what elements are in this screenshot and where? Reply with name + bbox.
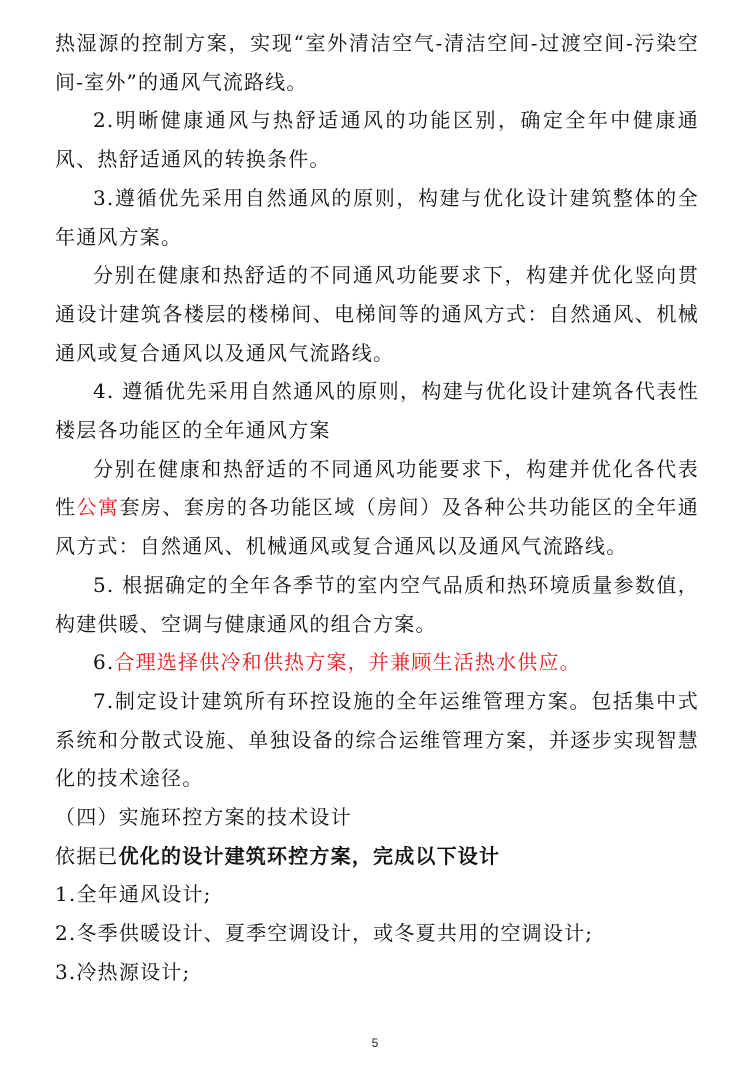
document-page: 热湿源的控制方案，实现“室外清洁空气-清洁空间-过渡空间-污染空间-室外”的通风… (55, 24, 699, 992)
section-heading: （四）实施环控方案的技术设计 (55, 798, 699, 837)
list-item-3: 3.冷热源设计; (55, 953, 699, 992)
text-segment: 依据已 (55, 844, 119, 868)
paragraph-item-5: 5. 根据确定的全年各季节的室内空气品质和热环境质量参数值，构建供暖、空调与健康… (55, 566, 699, 643)
highlighted-text: 合理选择供冷和供热方案，并兼顾生活热水供应。 (114, 650, 580, 674)
paragraph-item-3: 3.遵循优先采用自然通风的原则，构建与优化设计建筑整体的全年通风方案。 (55, 179, 699, 256)
page-number: 5 (0, 1036, 750, 1050)
paragraph-item-3-detail: 分别在健康和热舒适的不同通风功能要求下，构建并优化竖向贯通设计建筑各楼层的楼梯间… (55, 256, 699, 372)
list-item-2: 2.冬季供暖设计、夏季空调设计，或冬夏共用的空调设计; (55, 914, 699, 953)
highlighted-text: 公寓 (76, 495, 119, 519)
item-number: 6. (93, 650, 114, 674)
text-segment: 套房、套房的各功能区域（房间）及各种公共功能区的全年通风方式：自然通风、机械通风… (55, 495, 699, 558)
paragraph-item-2: 2.明晰健康通风与热舒适通风的功能区别，确定全年中健康通风、热舒适通风的转换条件… (55, 101, 699, 178)
paragraph-item-4-detail: 分别在健康和热舒适的不同通风功能要求下，构建并优化各代表性公寓套房、套房的各功能… (55, 450, 699, 566)
bold-text: 优化的设计建筑环控方案，完成以下设计 (119, 844, 501, 868)
paragraph-item-4: 4. 遵循优先采用自然通风的原则，构建与优化设计建筑各代表性楼层各功能区的全年通… (55, 372, 699, 449)
section-intro: 依据已优化的设计建筑环控方案，完成以下设计 (55, 837, 699, 876)
paragraph-item-7: 7.制定设计建筑所有环控设施的全年运维管理方案。包括集中式系统和分散式设施、单独… (55, 682, 699, 798)
list-item-1: 1.全年通风设计; (55, 875, 699, 914)
paragraph-item-6: 6.合理选择供冷和供热方案，并兼顾生活热水供应。 (55, 643, 699, 682)
paragraph-continuation: 热湿源的控制方案，实现“室外清洁空气-清洁空间-过渡空间-污染空间-室外”的通风… (55, 24, 699, 101)
